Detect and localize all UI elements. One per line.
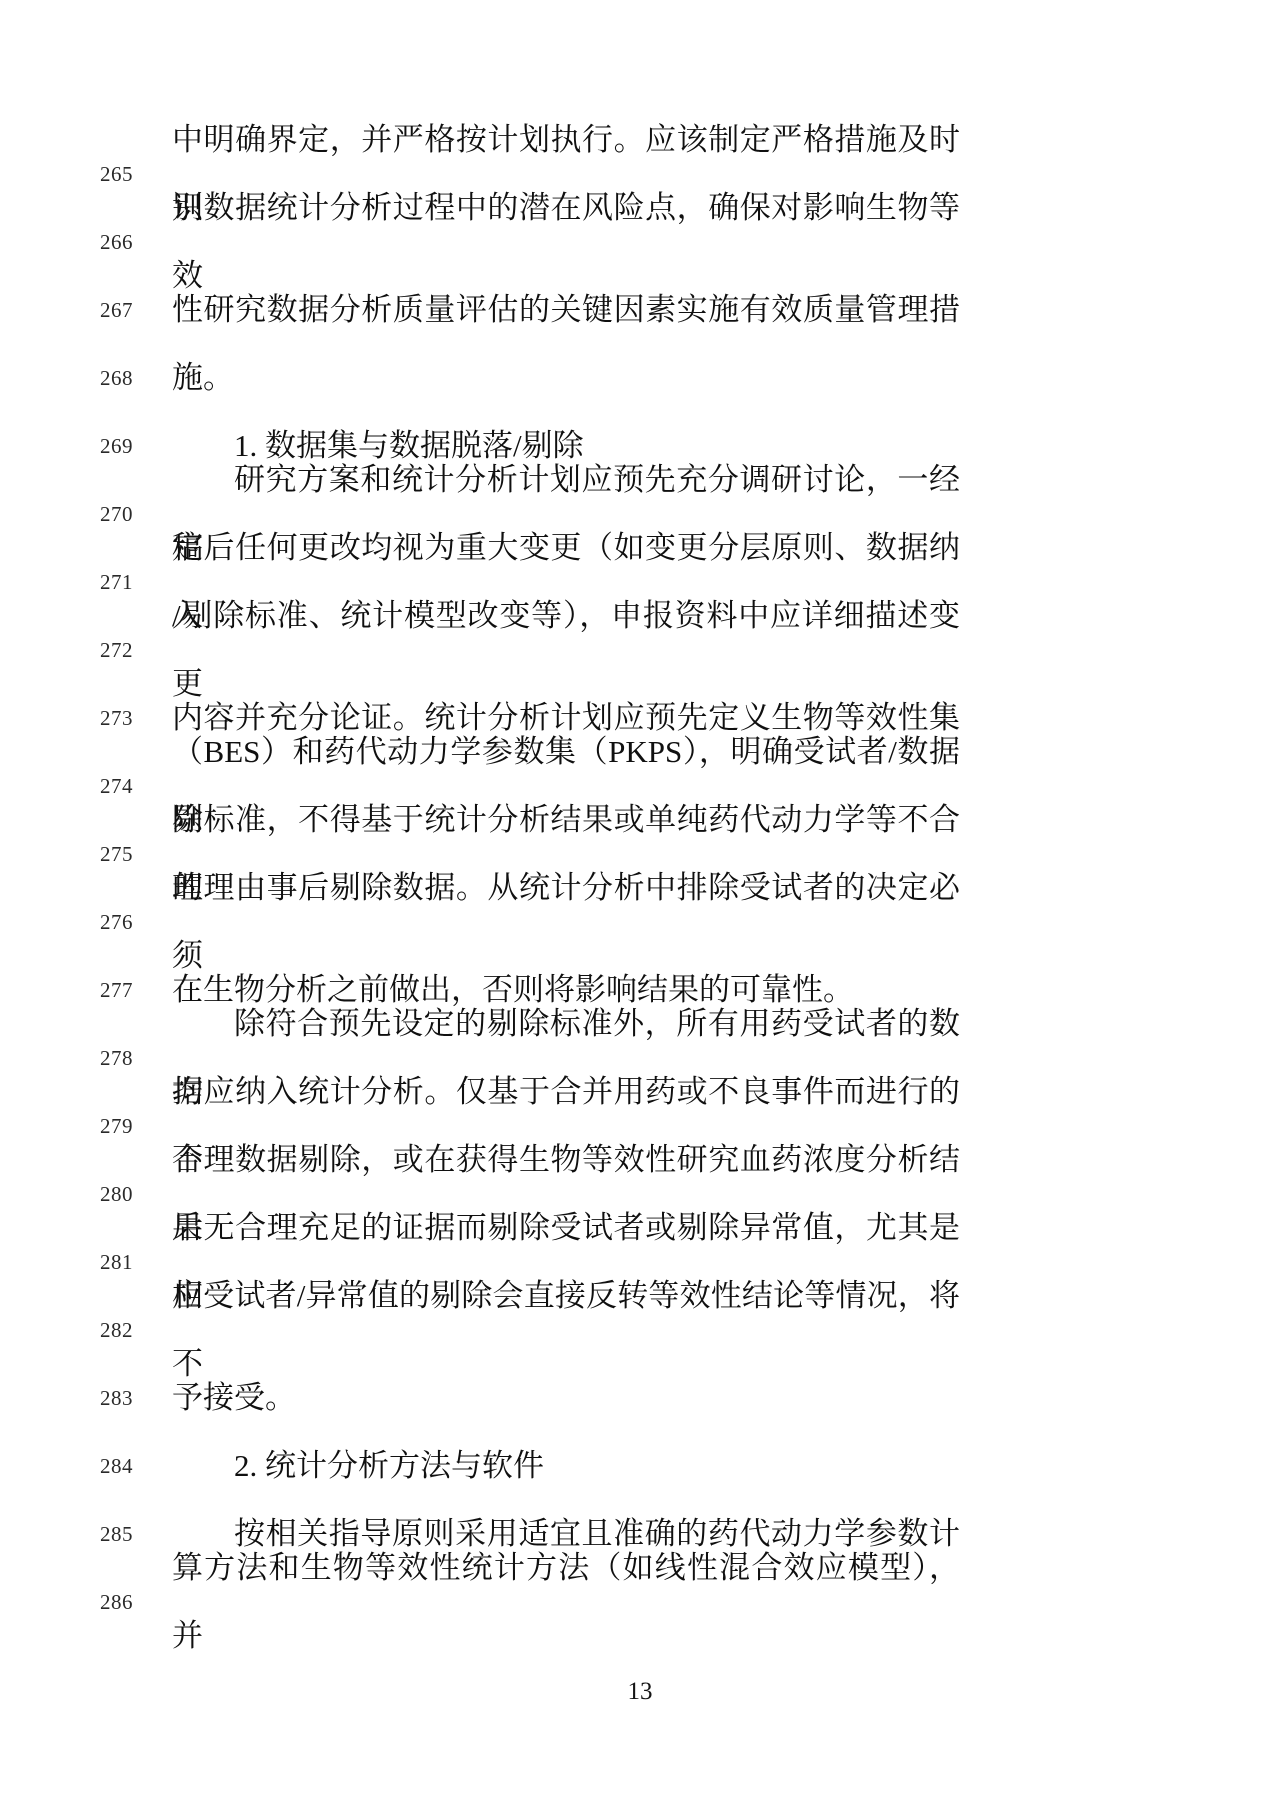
line-text: 2. 统计分析方法与软件 (172, 1432, 960, 1500)
page-number: 13 (628, 1678, 653, 1705)
line-number: 286 (0, 1590, 172, 1615)
line-number: 277 (0, 978, 172, 1003)
line-number: 272 (0, 638, 172, 663)
line-number: 268 (0, 366, 172, 391)
line-number: 285 (0, 1522, 172, 1547)
line-number: 278 (0, 1046, 172, 1071)
page-footer: 13 (0, 1678, 1280, 1706)
line-number: 273 (0, 706, 172, 731)
text-line: 268 施。 (0, 344, 1280, 412)
line-number: 280 (0, 1182, 172, 1207)
text-line: 282 应受试者/异常值的剔除会直接反转等效性结论等情况，将不 (0, 1296, 1280, 1364)
line-number: 279 (0, 1114, 172, 1139)
line-number: 274 (0, 774, 172, 799)
line-number: 267 (0, 298, 172, 323)
text-line: 283 予接受。 (0, 1364, 1280, 1432)
text-line: 266 别数据统计分析过程中的潜在风险点，确保对影响生物等效 (0, 208, 1280, 276)
text-line: 284 2. 统计分析方法与软件 (0, 1432, 1280, 1500)
text-line: 272 /剔除标准、统计模型改变等），申报资料中应详细描述变更 (0, 616, 1280, 684)
line-number: 266 (0, 230, 172, 255)
line-number: 282 (0, 1318, 172, 1343)
line-text: 施。 (172, 344, 960, 412)
line-number: 276 (0, 910, 172, 935)
line-text: 予接受。 (172, 1364, 960, 1432)
line-text: 算方法和生物等效性统计方法（如线性混合效应模型），并 (172, 1534, 960, 1670)
line-number: 269 (0, 434, 172, 459)
line-number: 283 (0, 1386, 172, 1411)
line-number: 265 (0, 162, 172, 187)
line-number: 281 (0, 1250, 172, 1275)
line-number: 284 (0, 1454, 172, 1479)
text-line: 286 算方法和生物等效性统计方法（如线性混合效应模型），并 (0, 1568, 1280, 1636)
document-page: 265 中明确界定，并严格按计划执行。应该制定严格措施及时识 266 别数据统计… (0, 0, 1280, 1810)
line-number: 275 (0, 842, 172, 867)
line-number: 270 (0, 502, 172, 527)
page-body: 265 中明确界定，并严格按计划执行。应该制定严格措施及时识 266 别数据统计… (0, 140, 1280, 1636)
text-line: 276 的理由事后剔除数据。从统计分析中排除受试者的决定必须 (0, 888, 1280, 956)
line-text: 性研究数据分析质量评估的关键因素实施有效质量管理措 (172, 276, 960, 344)
text-line: 267 性研究数据分析质量评估的关键因素实施有效质量管理措 (0, 276, 1280, 344)
line-number: 271 (0, 570, 172, 595)
